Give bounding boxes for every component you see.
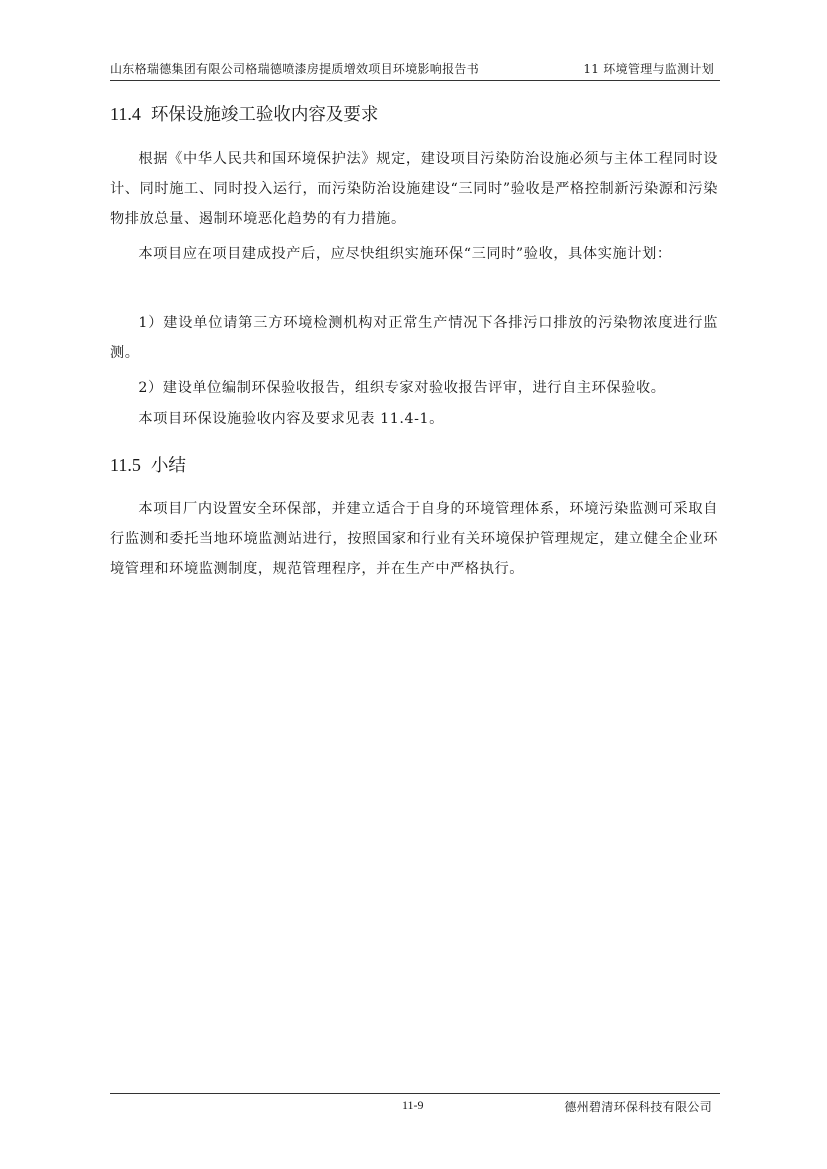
section-title: 小结 (151, 456, 186, 476)
section-heading-11-5: 11.5小结 (110, 452, 186, 477)
header-document-title: 山东格瑞德集团有限公司格瑞德喷漆房提质增效项目环境影响报告书 (110, 60, 479, 77)
paragraph-summary: 本项目厂内设置安全环保部，并建立适合于自身的环境管理体系，环境污染监测可采取自行… (110, 494, 718, 584)
page-header: 山东格瑞德集团有限公司格瑞德喷漆房提质增效项目环境影响报告书 11 环境管理与监… (110, 58, 720, 81)
section-number: 11.5 (110, 455, 141, 475)
footer-company: 德州碧清环保科技有限公司 (564, 1098, 712, 1115)
paragraph-step-2: 2）建设单位编制环保验收报告，组织专家对验收报告评审，进行自主环保验收。 (110, 373, 718, 403)
section-number: 11.4 (110, 104, 141, 124)
paragraph-law-basis: 根据《中华人民共和国环境保护法》规定，建设项目污染防治设施必须与主体工程同时设计… (110, 144, 718, 234)
section-heading-11-4: 11.4环保设施竣工验收内容及要求 (110, 101, 378, 126)
page-number: 11-9 (402, 1098, 424, 1113)
section-title: 环保设施竣工验收内容及要求 (151, 105, 379, 125)
header-chapter-title: 11 环境管理与监测计划 (583, 60, 714, 77)
page-footer: 11-9 德州碧清环保科技有限公司 (110, 1093, 720, 1118)
paragraph-acceptance-plan: 本项目应在项目建成投产后，应尽快组织实施环保“三同时”验收，具体实施计划： (110, 239, 718, 269)
paragraph-table-reference: 本项目环保设施验收内容及要求见表 11.4-1。 (110, 404, 718, 434)
paragraph-step-1: 1）建设单位请第三方环境检测机构对正常生产情况下各排污口排放的污染物浓度进行监测… (110, 308, 718, 368)
